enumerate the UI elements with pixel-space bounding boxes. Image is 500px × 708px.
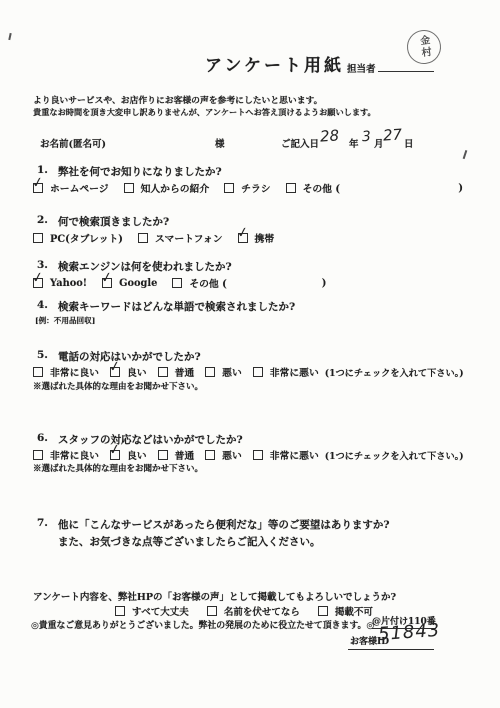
option-label: その他 ( (303, 181, 340, 195)
checkbox[interactable] (33, 367, 43, 377)
option-label: 良い (127, 365, 147, 379)
intro-line-1: より良いサービスや、お店作りにお客様の声を参考にしたいと思います。 (33, 93, 322, 106)
checkbox[interactable] (318, 606, 328, 616)
checkbox[interactable] (124, 183, 134, 193)
option-label: 非常に良い (50, 448, 99, 462)
q5-instruction: (1つにチェックを入れて下さい。) (325, 365, 464, 379)
year-unit: 年 (349, 136, 359, 150)
checkbox[interactable] (158, 450, 168, 460)
q4-example: [例：不用品回収] (35, 315, 95, 326)
q6-heading: スタッフの対応などはいかがでしたか? (58, 432, 243, 447)
q6-options: 非常に良い 良い 普通 悪い 非常に悪い (1つにチェックを入れて下さい。) (33, 448, 473, 462)
option-label: 悪い (222, 365, 242, 379)
page-title: アンケート用紙 (205, 51, 344, 76)
q2-option-mobile[interactable]: 携帯 (238, 231, 275, 245)
q1-heading: 弊社を何でお知りになりましたか? (58, 164, 222, 179)
q5-option-bad[interactable]: 悪い (205, 365, 242, 379)
q6-number: 6. (37, 432, 48, 444)
q6-reason-note: ※選ばれた具体的な理由をお聞かせ下さい。 (33, 462, 203, 474)
publish-option-no-publish[interactable]: 掲載不可 (318, 604, 373, 618)
day-unit: 日 (404, 136, 414, 150)
checkbox[interactable] (205, 450, 215, 460)
q1-option-referral[interactable]: 知人からの紹介 (124, 181, 210, 195)
q5-heading: 電話の対応はいかがでしたか? (58, 349, 201, 364)
q6-option-very-bad[interactable]: 非常に悪い (253, 448, 319, 462)
q1-option-flyer[interactable]: チラシ (224, 181, 270, 195)
option-label: 名前を伏せてなら (224, 604, 300, 618)
publish-option-anonymous[interactable]: 名前を伏せてなら (207, 604, 300, 618)
q5-option-very-good[interactable]: 非常に良い (33, 365, 99, 379)
checkbox[interactable] (115, 606, 125, 616)
checkbox[interactable] (102, 278, 112, 288)
q5-option-good[interactable]: 良い (110, 365, 147, 379)
survey-form-page: アンケート用紙 担当者 金村 より良いサービスや、お店作りにお客様の声を参考にし… (0, 0, 500, 708)
honorific-label: 様 (215, 136, 225, 150)
q2-options: PC(タブレット) スマートフォン 携帯 (33, 231, 463, 245)
month-unit: 月 (374, 136, 384, 150)
checkbox[interactable] (207, 606, 217, 616)
option-label: 携帯 (255, 231, 275, 245)
q5-options: 非常に良い 良い 普通 悪い 非常に悪い (1つにチェックを入れて下さい。) (33, 365, 473, 379)
option-label: 掲載不可 (335, 604, 373, 618)
option-label: PC(タブレット) (50, 231, 123, 245)
q7-heading-line-1: 他に「こんなサービスがあったら便利だな」等のご要望はありますか? (58, 517, 390, 532)
checkbox[interactable] (172, 278, 182, 288)
q6-option-bad[interactable]: 悪い (205, 448, 242, 462)
checkbox[interactable] (110, 450, 120, 460)
option-label: 知人からの紹介 (141, 181, 210, 195)
q5-number: 5. (37, 349, 48, 361)
checkbox[interactable] (33, 233, 43, 243)
close-paren: ) (458, 183, 463, 194)
name-label: お名前(匿名可) (40, 136, 106, 150)
option-label: 普通 (175, 365, 195, 379)
q2-option-pc[interactable]: PC(タブレット) (33, 231, 123, 245)
scan-artifact (8, 33, 11, 40)
close-paren: ) (322, 278, 327, 289)
publish-options: すべて大丈夫 名前を伏せてなら 掲載不可 (115, 604, 373, 618)
q4-number: 4. (37, 299, 48, 311)
q5-option-very-bad[interactable]: 非常に悪い (253, 365, 319, 379)
q2-heading: 何で検索頂きましたか? (58, 214, 169, 229)
q1-option-homepage[interactable]: ホームページ (33, 181, 109, 195)
q6-option-good[interactable]: 良い (110, 448, 147, 462)
q3-options: Yahoo! Google その他 ( ) (33, 276, 463, 290)
checkbox[interactable] (253, 367, 263, 377)
option-label: 非常に悪い (270, 448, 319, 462)
option-label: 普通 (175, 448, 195, 462)
intro-line-2: 貴重なお時間を頂き大変申し訳ありませんが、アンケートへお答え頂けるようお願いしま… (33, 107, 376, 118)
checkbox[interactable] (205, 367, 215, 377)
option-label: ホームページ (50, 181, 109, 195)
q2-number: 2. (37, 214, 48, 226)
option-label: 非常に悪い (270, 365, 319, 379)
option-label: 悪い (222, 448, 242, 462)
q5-option-normal[interactable]: 普通 (158, 365, 195, 379)
option-label: 良い (127, 448, 147, 462)
q6-instruction: (1つにチェックを入れて下さい。) (325, 448, 464, 462)
handwritten-year: 28 (319, 126, 339, 145)
checkbox[interactable] (238, 233, 248, 243)
checkbox[interactable] (110, 367, 120, 377)
q3-option-google[interactable]: Google (102, 278, 157, 289)
thanks-message: ◎貴重なご意見ありがとうございました。弊社の発展のために役立たせて頂きます。◎ (31, 618, 374, 631)
option-label: チラシ (241, 181, 270, 195)
checkbox[interactable] (158, 367, 168, 377)
customer-id-underline (348, 649, 434, 650)
q5-reason-note: ※選ばれた具体的な理由をお聞かせ下さい。 (33, 380, 203, 392)
option-label: 非常に良い (50, 365, 99, 379)
checkbox[interactable] (224, 183, 234, 193)
q6-option-very-good[interactable]: 非常に良い (33, 448, 99, 462)
option-label: その他 ( (189, 276, 226, 290)
handwritten-month: 3 (361, 129, 371, 146)
checkbox[interactable] (138, 233, 148, 243)
checkbox[interactable] (33, 278, 43, 288)
scan-artifact (463, 150, 467, 159)
checkbox[interactable] (253, 450, 263, 460)
publish-question: アンケート内容を、弊社HPの「お客様の声」として掲載してもよろしいでしょうか? (33, 589, 396, 603)
q6-option-normal[interactable]: 普通 (158, 448, 195, 462)
publish-option-all-ok[interactable]: すべて大丈夫 (115, 604, 189, 618)
checkbox[interactable] (33, 450, 43, 460)
q2-option-smartphone[interactable]: スマートフォン (138, 231, 223, 245)
q1-options: ホームページ 知人からの紹介 チラシ その他 ( ) (33, 181, 463, 195)
checkbox[interactable] (33, 183, 43, 193)
q3-option-other[interactable]: その他 ( (172, 276, 226, 290)
q4-heading: 検索キーワードはどんな単語で検索されましたか? (58, 299, 295, 314)
q7-number: 7. (37, 517, 48, 529)
handwritten-day: 27 (382, 125, 402, 144)
option-label: スマートフォン (155, 231, 223, 245)
option-label: Yahoo! (50, 278, 87, 289)
q7-heading-line-2: また、お気づきな点等ございましたらご記入ください。 (58, 534, 321, 549)
q3-option-yahoo[interactable]: Yahoo! (33, 278, 87, 289)
staff-label: 担当者 (347, 61, 376, 75)
q1-option-other[interactable]: その他 ( (286, 181, 340, 195)
handwritten-customer-id: 51843 (377, 620, 441, 645)
option-label: Google (119, 278, 157, 289)
date-label: ご記入日 (281, 136, 319, 150)
q3-heading: 検索エンジンは何を使われましたか? (58, 259, 232, 274)
option-label: すべて大丈夫 (132, 604, 189, 618)
checkbox[interactable] (286, 183, 296, 193)
